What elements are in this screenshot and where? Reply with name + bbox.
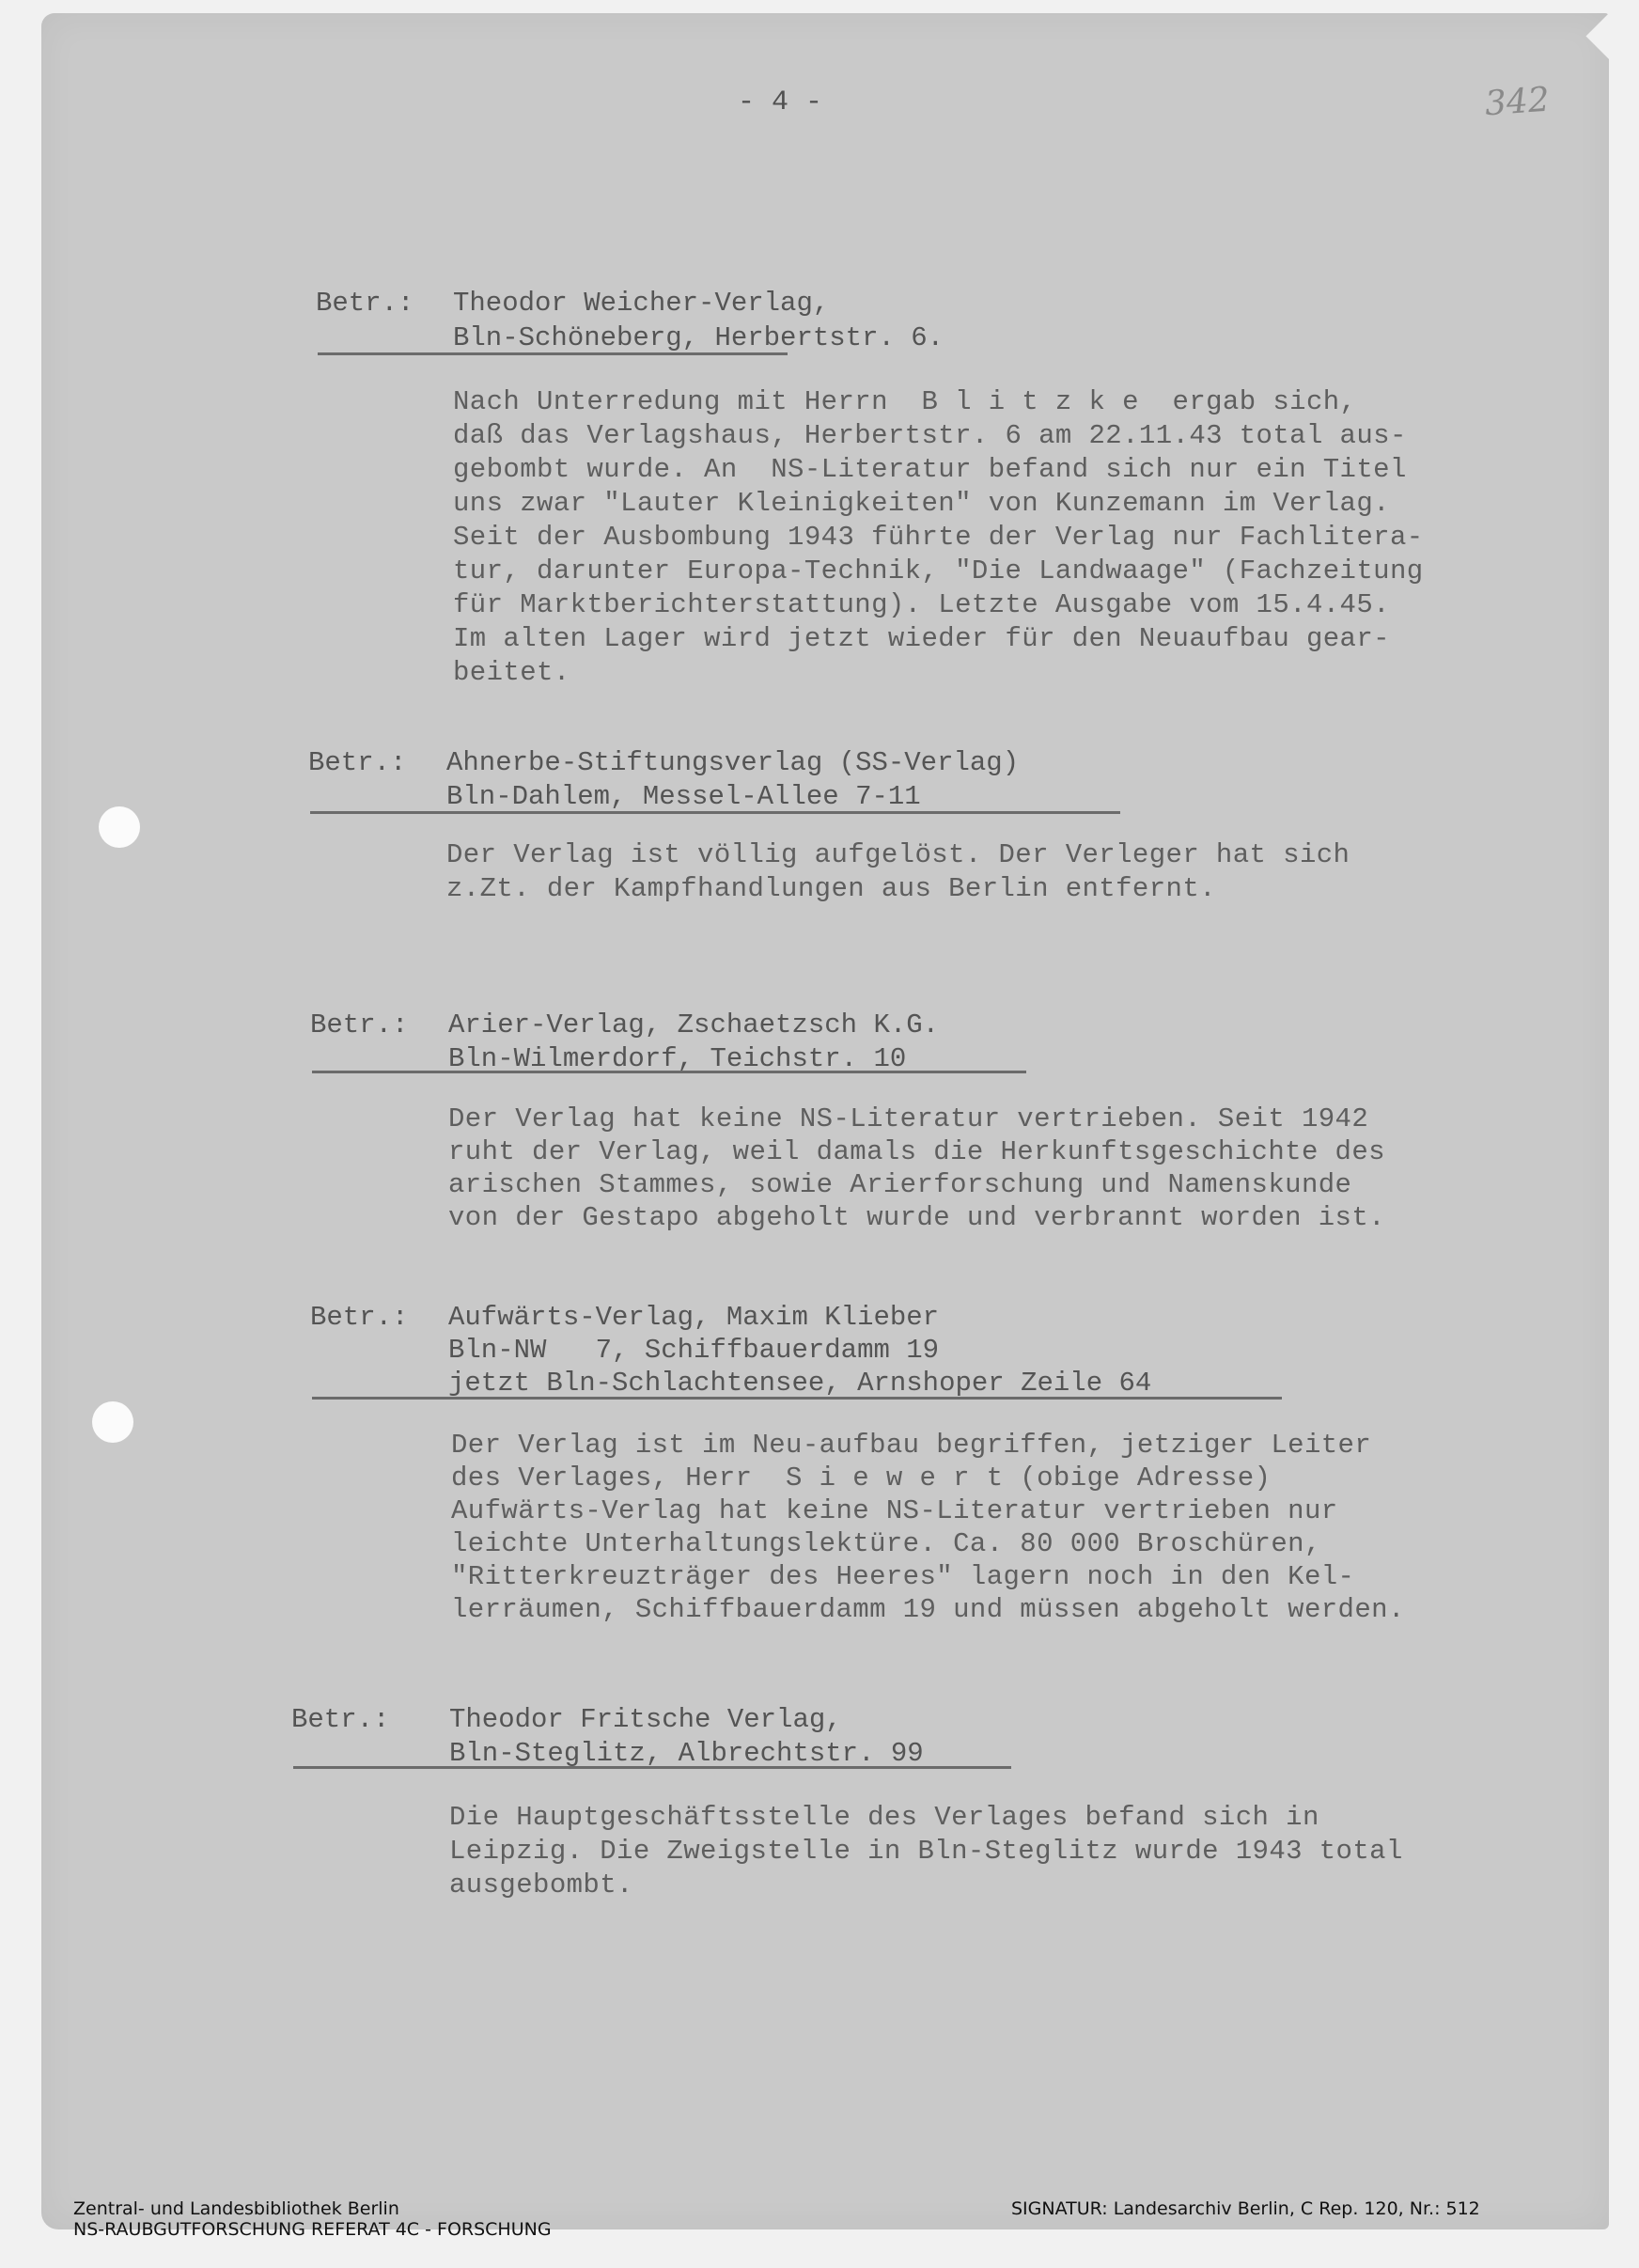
heading-underline — [318, 352, 788, 355]
body-line: Der Verlag hat keine NS-Literatur vertri… — [448, 1103, 1368, 1134]
entry-heading-line: Aufwärts-Verlag, Maxim Klieber — [448, 1302, 939, 1333]
body-line: tur, darunter Europa-Technik, "Die Landw… — [453, 555, 1424, 587]
entry-heading-line: Theodor Weicher-Verlag, — [453, 288, 829, 319]
entry-heading-line: Bln-Steglitz, Albrechtstr. 99 — [449, 1738, 924, 1769]
body-line: Die Hauptgeschäftsstelle des Verlages be… — [449, 1802, 1319, 1833]
entry-label: Betr.: — [308, 747, 406, 778]
heading-underline — [312, 1071, 1026, 1073]
entry-label: Betr.: — [316, 288, 414, 319]
body-line: lerräumen, Schiffbauerdamm 19 und müssen… — [451, 1594, 1405, 1625]
footer-department: NS-RAUBGUTFORSCHUNG REFERAT 4C - FORSCHU… — [73, 2219, 552, 2240]
body-line: Im alten Lager wird jetzt wieder für den… — [453, 623, 1390, 654]
heading-underline — [310, 811, 1120, 814]
body-line: von der Gestapo abgeholt wurde und verbr… — [448, 1202, 1385, 1233]
body-line: "Ritterkreuzträger des Heeres" lagern no… — [451, 1561, 1354, 1592]
entry-label: Betr.: — [291, 1704, 389, 1735]
body-line: z.Zt. der Kampfhandlungen aus Berlin ent… — [446, 873, 1216, 904]
body-line: Der Verlag ist im Neu-aufbau begriffen, … — [451, 1430, 1371, 1461]
footer-institution: Zentral- und Landesbibliothek Berlin NS-… — [73, 2198, 552, 2240]
body-line: Nach Unterredung mit Herrn B l i t z k e… — [453, 386, 1356, 417]
entry-heading-line: Bln-Schöneberg, Herbertstr. 6. — [453, 322, 944, 353]
body-line: leichte Unterhaltungslektüre. Ca. 80 000… — [451, 1528, 1321, 1559]
entry-heading-line: Ahnerbe-Stiftungsverlag (SS-Verlag) — [446, 747, 1019, 778]
entry-heading-line: Bln-Dahlem, Messel-Allee 7-11 — [446, 781, 921, 812]
punch-hole — [99, 806, 140, 848]
page-number: - 4 - — [738, 86, 822, 118]
heading-underline — [312, 1397, 1282, 1400]
body-line: für Marktberichterstattung). Letzte Ausg… — [453, 589, 1390, 620]
body-line: Leipzig. Die Zweigstelle in Bln-Steglitz… — [449, 1836, 1403, 1867]
page-corner — [1586, 9, 1639, 63]
archive-folio-number: 342 — [1484, 81, 1551, 124]
body-line: des Verlages, Herr S i e w e r t (obige … — [451, 1462, 1271, 1494]
body-line: beitet. — [453, 657, 570, 688]
heading-underline — [293, 1766, 1011, 1769]
entry-heading-line: Arier-Verlag, Zschaetzsch K.G. — [448, 1009, 939, 1040]
footer-library: Zentral- und Landesbibliothek Berlin — [73, 2198, 552, 2219]
punch-hole — [92, 1401, 133, 1443]
body-line: Der Verlag ist völlig aufgelöst. Der Ver… — [446, 839, 1350, 870]
body-line: arischen Stammes, sowie Arierforschung u… — [448, 1169, 1351, 1200]
body-line: daß das Verlagshaus, Herbertstr. 6 am 22… — [453, 420, 1407, 451]
body-line: ruht der Verlag, weil damals die Herkunf… — [448, 1136, 1385, 1167]
entry-label: Betr.: — [310, 1302, 408, 1333]
entry-label: Betr.: — [310, 1009, 408, 1040]
entry-heading-line: jetzt Bln-Schlachtensee, Arnshoper Zeile… — [448, 1368, 1151, 1399]
entry-heading-line: Theodor Fritsche Verlag, — [449, 1704, 842, 1735]
body-line: gebombt wurde. An NS-Literatur befand si… — [453, 454, 1407, 485]
body-line: uns zwar "Lauter Kleinigkeiten" von Kunz… — [453, 488, 1390, 519]
body-line: ausgebombt. — [449, 1869, 633, 1900]
body-line: Aufwärts-Verlag hat keine NS-Literatur v… — [451, 1495, 1338, 1526]
entry-heading-line: Bln-NW 7, Schiffbauerdamm 19 — [448, 1335, 939, 1366]
body-line: Seit der Ausbombung 1943 führte der Verl… — [453, 522, 1424, 553]
footer-signature: SIGNATUR: Landesarchiv Berlin, C Rep. 12… — [1011, 2198, 1480, 2219]
